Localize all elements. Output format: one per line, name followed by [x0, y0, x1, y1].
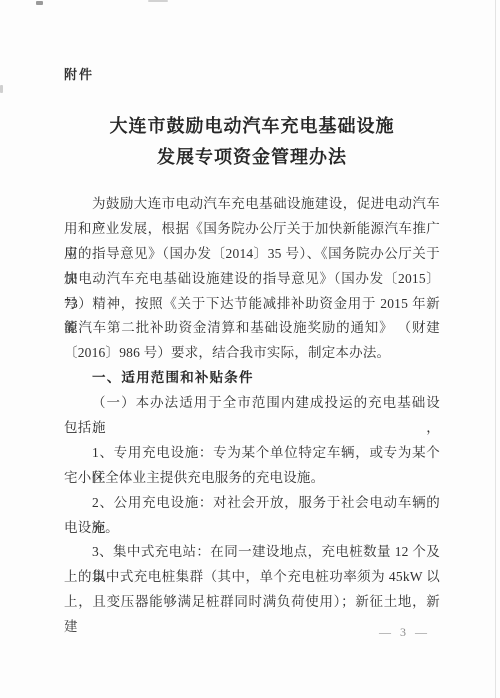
section-heading: 一、适用范围和补贴条件	[64, 366, 440, 391]
body-line: 电设施。	[64, 516, 440, 541]
document-title-line-1: 大连市鼓励电动汽车充电基础设施	[64, 111, 440, 142]
document-content: 附件 大连市鼓励电动汽车充电基础设施 发展专项资金管理办法 为鼓励大连市电动汽车…	[64, 66, 440, 615]
body-line: 号）精神，按照《关于下达节能减排补助资金用于 2015 年新能	[64, 292, 440, 317]
scan-artifact	[36, 1, 43, 5]
body-line: 3、集中式充电站：在同一建设地点，充电桩数量 12 个及以	[64, 540, 440, 565]
body-line: 用的指导意见》（国办发〔2014〕35 号）、《国务院办公厅关于加	[64, 242, 440, 267]
attachment-label: 附件	[64, 66, 440, 84]
document-body: 为鼓励大连市电动汽车充电基础设施建设，促进电动汽车应用和产业发展，根据《国务院办…	[64, 192, 440, 615]
scan-artifact	[148, 0, 168, 2]
body-line: 上的集中式充电桩集群（其中，单个充电桩功率须为 45kW 以	[64, 565, 440, 590]
body-line: （一）本办法适用于全市范围内建成投运的充电基础设施，	[64, 391, 440, 416]
scanned-document-page: 附件 大连市鼓励电动汽车充电基础设施 发展专项资金管理办法 为鼓励大连市电动汽车…	[0, 0, 500, 698]
body-line: 为鼓励大连市电动汽车充电基础设施建设，促进电动汽车应	[64, 192, 440, 217]
body-line: 源汽车第二批补助资金清算和基础设施奖励的通知》 （财建	[64, 316, 440, 341]
body-line: 上，且变压器能够满足桩群同时满负荷使用）；新征土地，新建	[64, 590, 440, 615]
document-title: 大连市鼓励电动汽车充电基础设施 发展专项资金管理办法	[64, 111, 440, 173]
body-line: 1、专用充电设施：专为某个单位特定车辆，或专为某个住	[64, 441, 440, 466]
body-line: 2、公用充电设施：对社会开放，服务于社会电动车辆的充	[64, 491, 440, 516]
body-line: 快电动汽车充电基础设施建设的指导意见》（国办发〔2015〕73	[64, 267, 440, 292]
scan-artifact	[0, 85, 3, 93]
document-title-line-2: 发展专项资金管理办法	[64, 142, 440, 173]
body-line: 〔2016〕986 号）要求，结合我市实际，制定本办法。	[64, 341, 440, 366]
page-number: — 3 —	[379, 625, 430, 640]
body-line: 用和产业发展，根据《国务院办公厅关于加快新能源汽车推广应	[64, 217, 440, 242]
body-line: 宅小区全体业主提供充电服务的充电设施。	[64, 466, 440, 491]
scan-edge-line	[495, 0, 496, 698]
